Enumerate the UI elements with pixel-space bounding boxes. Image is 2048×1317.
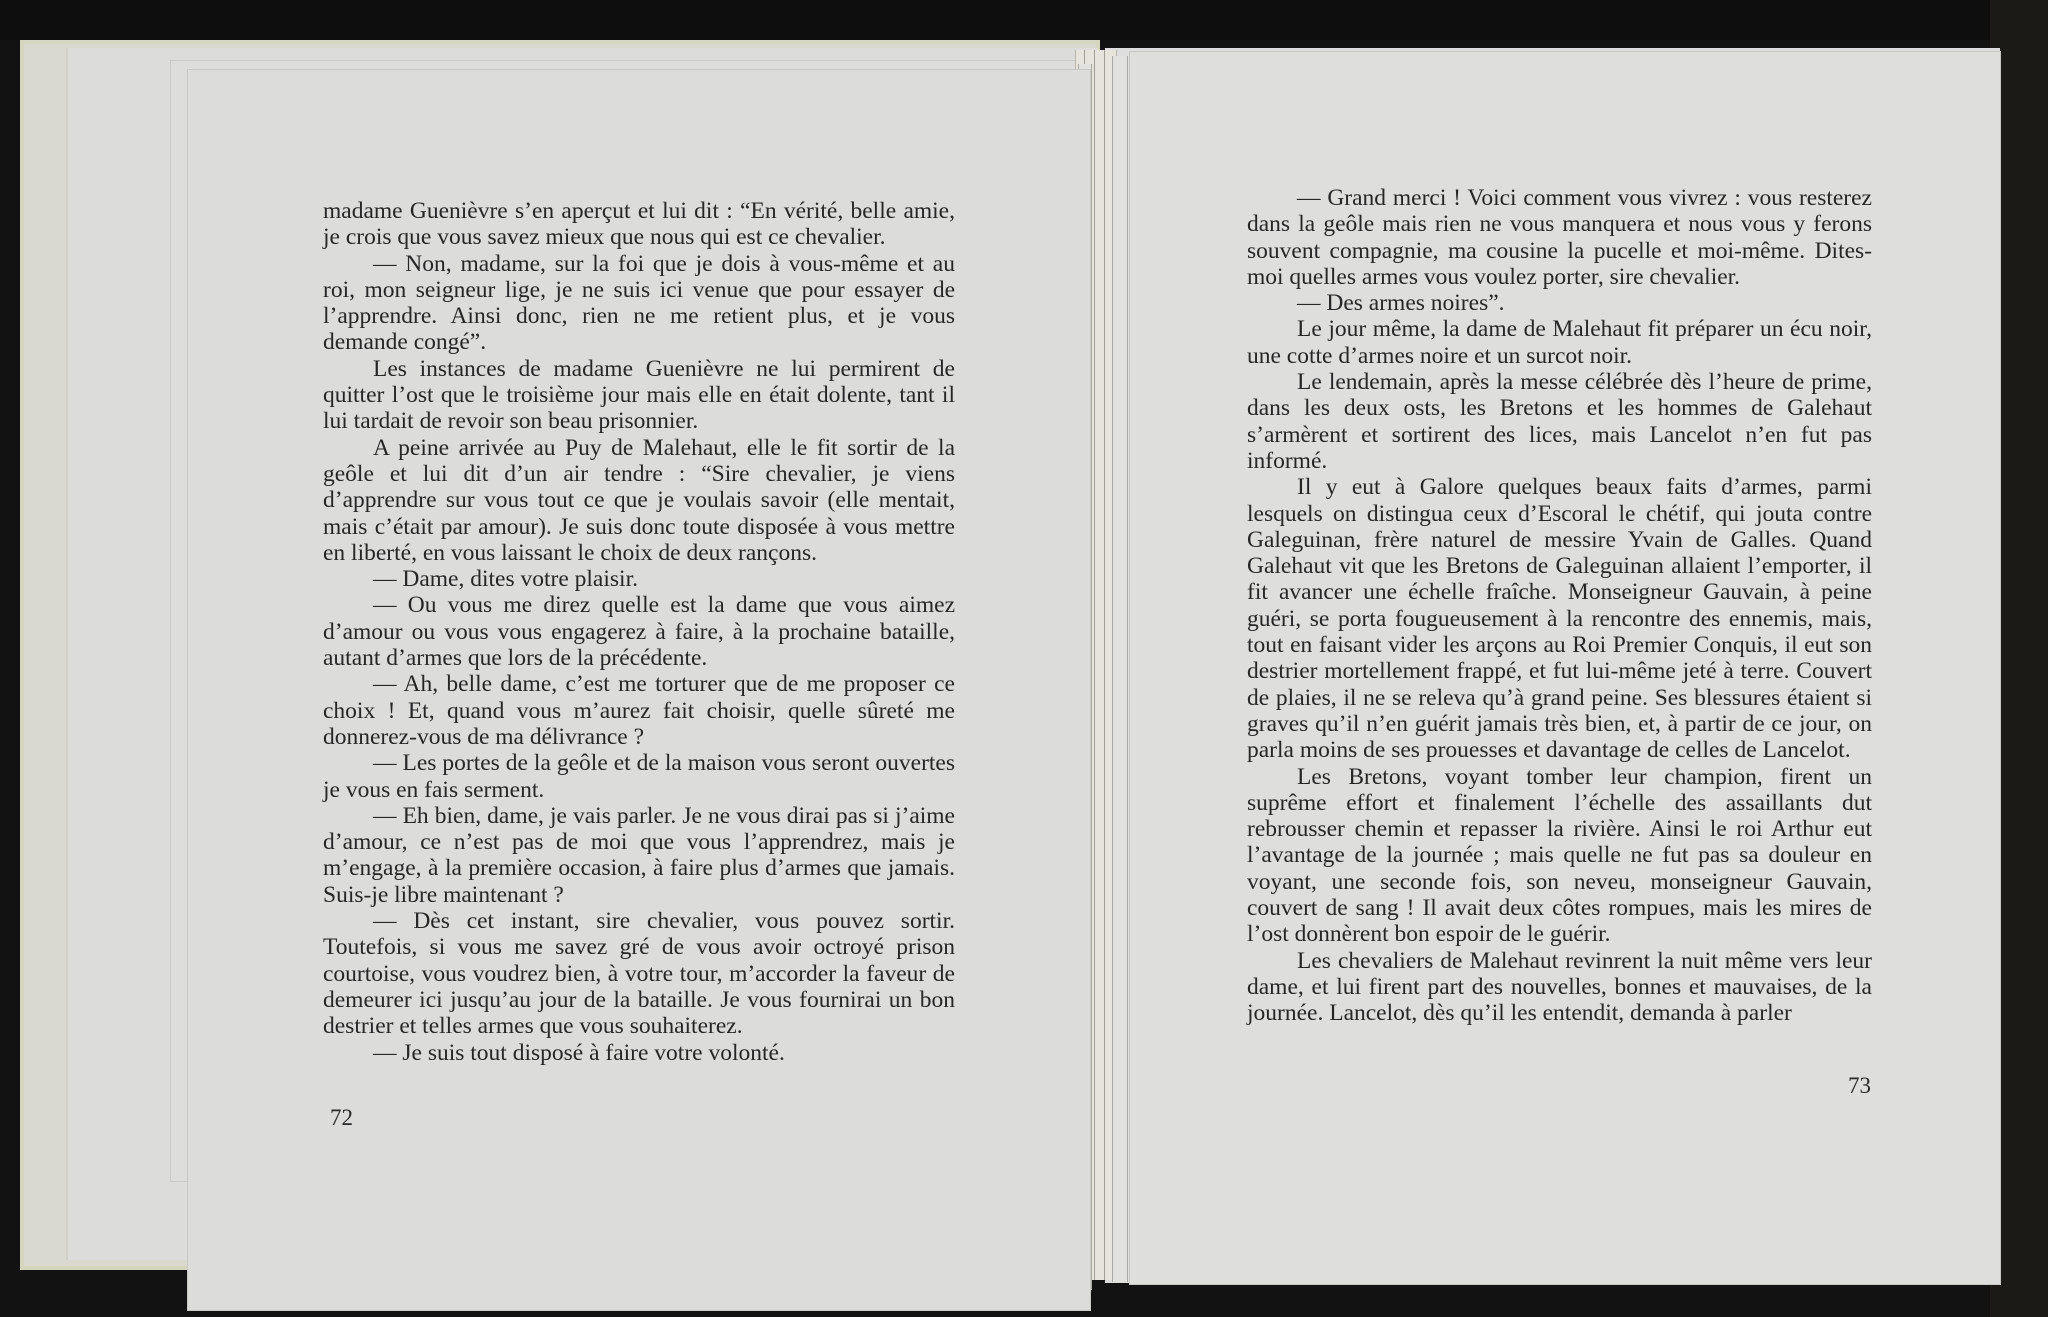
paragraph: — Je suis tout disposé à faire votre vol… — [323, 1040, 955, 1066]
paragraph: — Ah, belle dame, c’est me torturer que … — [323, 671, 955, 750]
paragraph: Il y eut à Galore quelques beaux faits d… — [1247, 474, 1872, 763]
paragraph: Le jour même, la dame de Malehaut fit pr… — [1247, 316, 1872, 369]
page-number-left: 72 — [330, 1105, 353, 1131]
gutter-line — [1104, 50, 1105, 1280]
paragraph: — Eh bien, dame, je vais parler. Je ne v… — [323, 803, 955, 908]
paragraph: Le lendemain, après la messe célébrée dè… — [1247, 369, 1872, 474]
right-page-text: — Grand merci ! Voici comment vous vivre… — [1247, 185, 1872, 1027]
paragraph: Les Bretons, voyant tomber leur champion… — [1247, 764, 1872, 948]
right-page-edges — [1112, 56, 1128, 1282]
paragraph: — Les portes de la geôle et de la maison… — [323, 750, 955, 803]
dark-background-top — [0, 0, 2048, 40]
page-number-right: 73 — [1848, 1073, 1871, 1099]
paragraph: A peine arrivée au Puy de Malehaut, elle… — [323, 435, 955, 566]
paragraph: Les chevaliers de Malehaut revinrent la … — [1247, 948, 1872, 1027]
paragraph: — Des armes noires”. — [1247, 290, 1872, 316]
paragraph: — Dame, dites votre plaisir. — [323, 566, 955, 592]
paragraph: Les instances de madame Guenièvre ne lui… — [323, 356, 955, 435]
left-page-text: madame Guenièvre s’en aperçut et lui dit… — [323, 198, 955, 1066]
gutter-line — [1094, 50, 1095, 1280]
paragraph: — Non, madame, sur la foi que je dois à … — [323, 251, 955, 356]
paragraph: — Grand merci ! Voici comment vous vivre… — [1247, 185, 1872, 290]
paragraph: — Dès cet instant, sire chevalier, vous … — [323, 908, 955, 1039]
paragraph: — Ou vous me direz quelle est la dame qu… — [323, 592, 955, 671]
paragraph: madame Guenièvre s’en aperçut et lui dit… — [323, 198, 955, 251]
